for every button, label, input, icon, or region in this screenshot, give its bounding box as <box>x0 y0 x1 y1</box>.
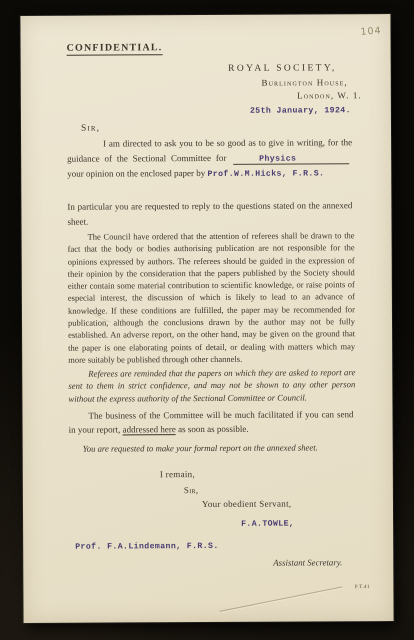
letterhead-address-line2: London, W. 1. <box>297 90 362 100</box>
business-text-2: as soon as possible. <box>178 423 249 433</box>
recipient-name: Prof. F.A.Lindemann, F.R.S. <box>75 542 219 552</box>
paragraph-business: The business of the Committee will be mu… <box>68 408 353 436</box>
letterhead-organization: ROYAL SOCIETY, <box>228 63 337 74</box>
paragraph-request: I am directed to ask you to be so good a… <box>67 135 352 183</box>
paragraph-council-rules: The Council have ordered that the attent… <box>68 229 356 366</box>
closing-i-remain: I remain, <box>160 469 195 479</box>
request-text-2: your opinion on the enclosed paper by <box>67 168 207 179</box>
formal-report-note: You are requested to make your formal re… <box>83 442 318 453</box>
handwritten-page-number: 104 <box>360 25 382 38</box>
paragraph-confidence-reminder: Referees are reminded that the papers on… <box>68 366 355 404</box>
committee-blank-line: Physics <box>233 153 349 165</box>
paper-crease <box>220 586 343 611</box>
photograph-of-letter: { "annotations": { "page_number": "104",… <box>0 0 414 640</box>
typed-signature: F.A.TOWLE, <box>241 520 294 529</box>
business-underlined-phrase: addressed here <box>123 424 176 435</box>
closing-obedient-servant: Your obedient Servant, <box>202 499 291 509</box>
letter-page: 104 CONFIDENTIAL. ROYAL SOCIETY, Burling… <box>20 14 393 623</box>
salutation: Sir, <box>81 124 100 134</box>
paper-author-typed: Prof.W.M.Hicks, F.R.S. <box>207 170 324 180</box>
letterhead-address-line1: Burlington House, <box>261 77 347 87</box>
confidential-stamp: CONFIDENTIAL. <box>67 42 163 56</box>
letter-date: 25th January, 1924. <box>250 106 351 116</box>
signatory-title: Assistant Secretary. <box>273 557 342 567</box>
closing-sir: Sir, <box>184 485 199 495</box>
paragraph-in-particular: In particular you are requested to reply… <box>67 198 352 228</box>
committee-typed-value: Physics <box>259 155 296 164</box>
printer-mark: P.T.41 <box>355 585 370 590</box>
